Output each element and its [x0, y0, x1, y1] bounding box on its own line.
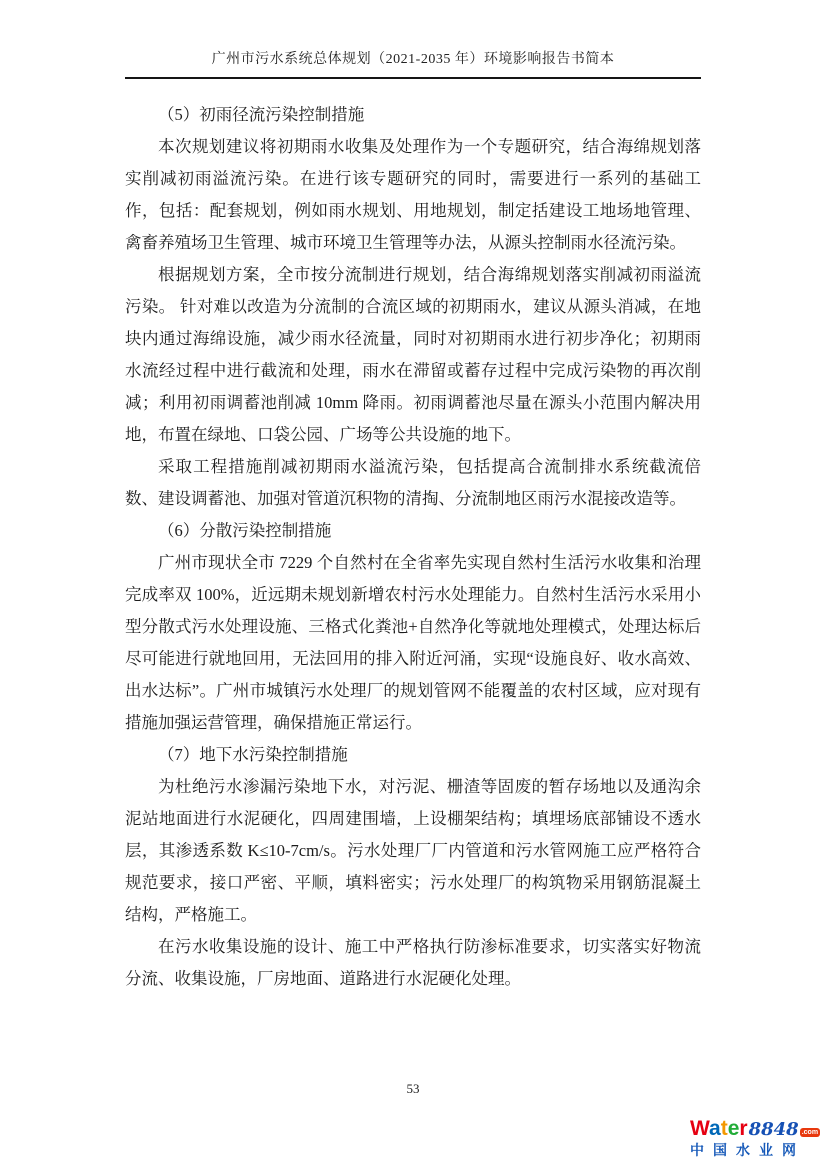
- page-header: 广州市污水系统总体规划（2021-2035 年）环境影响报告书简本: [125, 0, 701, 79]
- paragraph: 广州市现状全市 7229 个自然村在全省率先实现自然村生活污水收集和治理完成率双…: [125, 547, 701, 739]
- paragraph: 为杜绝污水渗漏污染地下水，对污泥、栅渣等固废的暂存场地以及通沟余泥站地面进行水泥…: [125, 771, 701, 931]
- logo-letter: t: [721, 1117, 728, 1140]
- paragraph: 根据规划方案，全市按分流制进行规划，结合海绵规划落实削减初雨溢流污染。 针对难以…: [125, 259, 701, 451]
- logo-word-water: Water: [690, 1118, 748, 1139]
- paragraph: 采取工程措施削减初期雨水溢流污染，包括提高合流制排水系统截流倍数、建设调蓄池、加…: [125, 451, 701, 515]
- page-number: 53: [0, 1081, 826, 1097]
- section-heading-6: （6）分散污染控制措施: [125, 515, 701, 547]
- logo-com-badge: .com: [800, 1128, 820, 1137]
- logo-wordmark: Water8848.com: [690, 1118, 822, 1139]
- paragraph: 在污水收集设施的设计、施工中严格执行防渗标准要求，切实落实好物流分流、收集设施，…: [125, 931, 701, 995]
- section-heading-7: （7）地下水污染控制措施: [125, 739, 701, 771]
- logo-tagline: 中国水业网: [690, 1143, 822, 1157]
- header-title: 广州市污水系统总体规划（2021-2035 年）环境影响报告书简本: [125, 48, 701, 68]
- logo-letter: r: [739, 1117, 747, 1140]
- document-page: 广州市污水系统总体规划（2021-2035 年）环境影响报告书简本 （5）初雨径…: [0, 0, 826, 1169]
- document-body: （5）初雨径流污染控制措施 本次规划建议将初期雨水收集及处理作为一个专题研究，结…: [125, 79, 701, 995]
- content-column: 广州市污水系统总体规划（2021-2035 年）环境影响报告书简本 （5）初雨径…: [125, 0, 701, 995]
- logo-letter: e: [728, 1117, 740, 1140]
- logo-letter: a: [709, 1117, 721, 1140]
- section-heading-5: （5）初雨径流污染控制措施: [125, 99, 701, 131]
- water8848-logo: Water8848.com 中国水业网: [690, 1118, 822, 1157]
- paragraph: 本次规划建议将初期雨水收集及处理作为一个专题研究，结合海绵规划落实削减初雨溢流污…: [125, 131, 701, 259]
- logo-number: 8848: [749, 1121, 799, 1139]
- logo-letter: W: [690, 1117, 709, 1140]
